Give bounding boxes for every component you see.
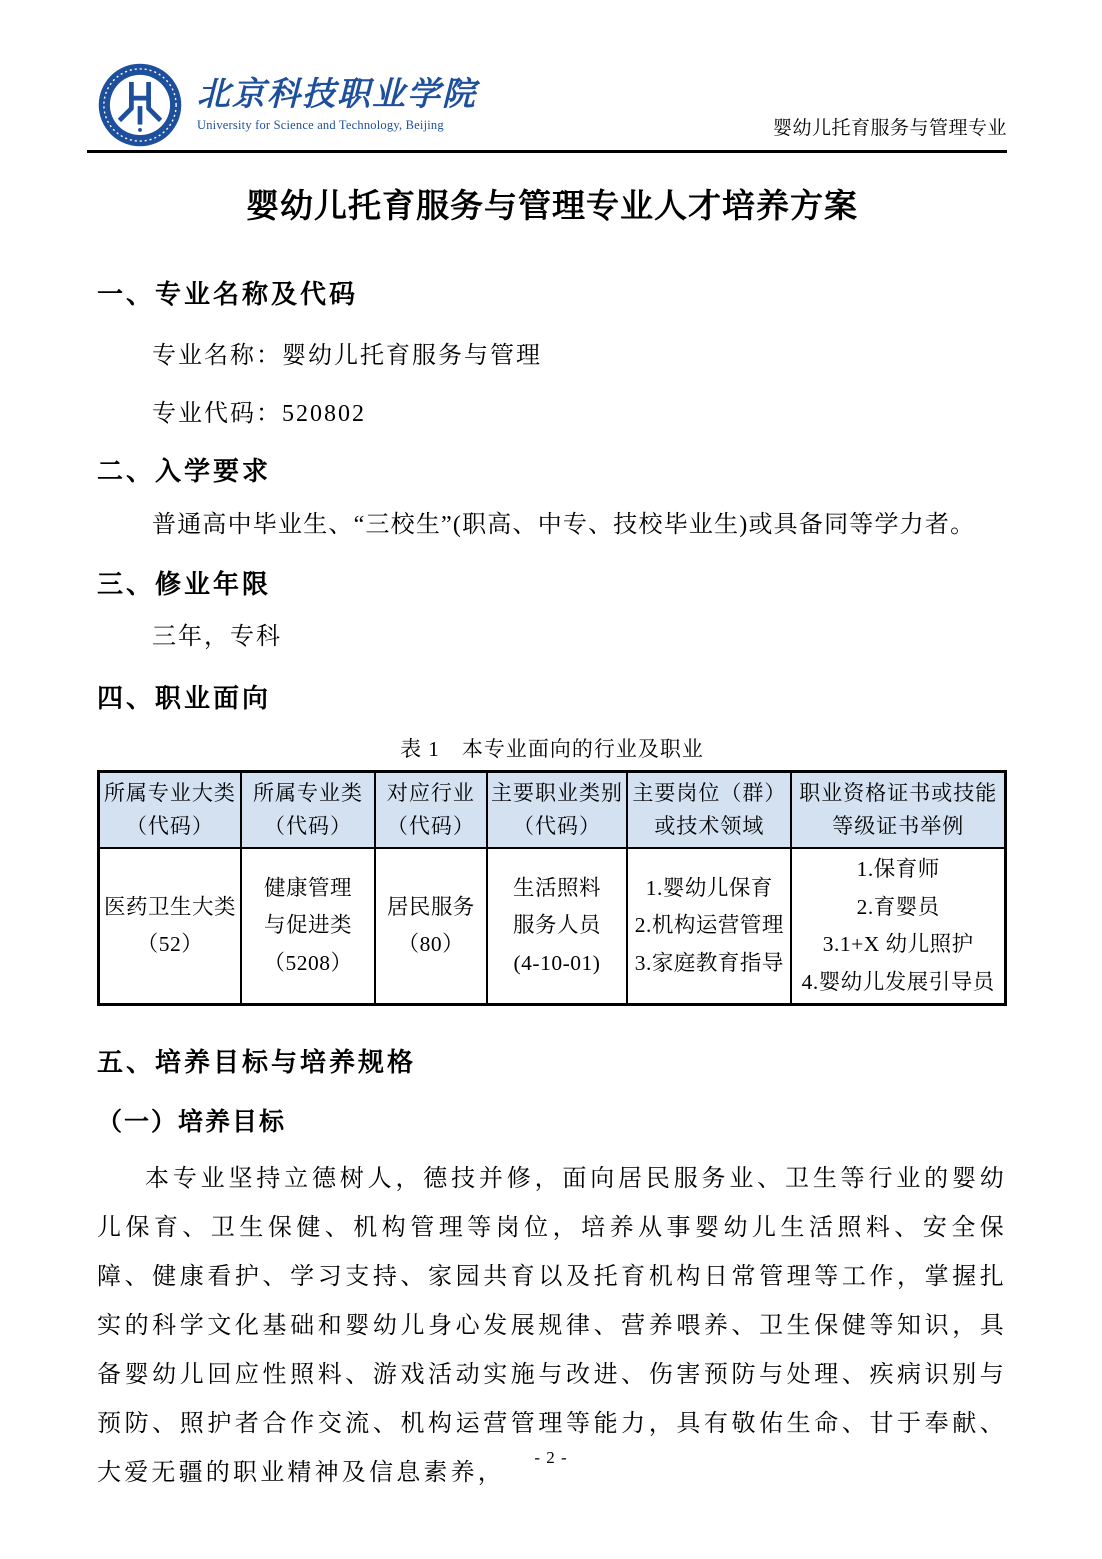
table-header-row: 所属专业大类 （代码） 所属专业类 （代码） 对应行业 （代码） 主要职业类别 … xyxy=(99,771,1006,848)
major-code-line: 专业代码：520802 xyxy=(97,398,1007,432)
col-header-industry: 对应行业 （代码） xyxy=(375,771,487,848)
section-1-heading: 一、专业名称及代码 xyxy=(97,277,1007,312)
section-5-heading: 五、培养目标与培养规格 xyxy=(97,1045,1007,1080)
cell-main-posts: 1.婴幼儿保育 2.机构运营管理 3.家庭教育指导 xyxy=(627,848,791,1005)
school-name-en: University for Science and Technology, B… xyxy=(197,118,477,133)
document-title: 婴幼儿托育服务与管理专业人才培养方案 xyxy=(97,185,1007,228)
cell-major-category: 医药卫生大类 （52） xyxy=(99,848,241,1005)
career-orientation-table: 所属专业大类 （代码） 所属专业类 （代码） 对应行业 （代码） 主要职业类别 … xyxy=(97,770,1007,1007)
cell-certificates: 1.保育师 2.育婴员 3.1+X 幼儿照护 4.婴幼儿发展引导员 xyxy=(791,848,1005,1005)
header-program-name: 婴幼儿托育服务与管理专业 xyxy=(773,113,1007,148)
col-header-major-category: 所属专业大类 （代码） xyxy=(99,771,241,848)
school-logo: 北京科技职业学院 University for Science and Tech… xyxy=(97,62,477,148)
school-seal-icon xyxy=(97,62,183,148)
school-name-block: 北京科技职业学院 University for Science and Tech… xyxy=(197,77,477,133)
col-header-main-posts: 主要岗位（群） 或技术领域 xyxy=(627,771,791,848)
subsection-5-1-heading: （一）培养目标 xyxy=(97,1106,1007,1140)
section-2-heading: 二、入学要求 xyxy=(97,454,1007,489)
header-divider xyxy=(87,150,1007,153)
entry-requirement-text: 普通高中毕业生、“三校生”(职高、中专、技校毕业生)或具备同等学力者。 xyxy=(97,509,1007,543)
school-name-zh: 北京科技职业学院 xyxy=(197,77,477,115)
cell-industry: 居民服务 （80） xyxy=(375,848,487,1005)
col-header-certificates: 职业资格证书或技能 等级证书举例 xyxy=(791,771,1005,848)
training-objective-text: 本专业坚持立德树人，德技并修，面向居民服务业、卫生等行业的婴幼儿保育、卫生保健、… xyxy=(97,1155,1007,1498)
col-header-major-class: 所属专业类 （代码） xyxy=(241,771,375,848)
col-header-occupation-category: 主要职业类别 （代码） xyxy=(487,771,628,848)
table-caption: 表 1 本专业面向的行业及职业 xyxy=(97,735,1007,763)
document-page: 北京科技职业学院 University for Science and Tech… xyxy=(0,0,1102,1559)
page-number: - 2 - xyxy=(534,1448,567,1467)
cell-occupation-category: 生活照料 服务人员 (4-10-01) xyxy=(487,848,628,1005)
section-4-heading: 四、职业面向 xyxy=(97,681,1007,716)
table-row: 医药卫生大类 （52） 健康管理 与促进类 （5208） 居民服务 （80） 生… xyxy=(99,848,1006,1005)
page-footer: - 2 - xyxy=(0,1448,1102,1468)
page-header: 北京科技职业学院 University for Science and Tech… xyxy=(97,0,1007,148)
cell-major-class: 健康管理 与促进类 （5208） xyxy=(241,848,375,1005)
major-name-line: 专业名称：婴幼儿托育服务与管理 xyxy=(97,340,1007,374)
section-3-heading: 三、修业年限 xyxy=(97,567,1007,602)
study-duration-text: 三年，专科 xyxy=(97,621,1007,655)
